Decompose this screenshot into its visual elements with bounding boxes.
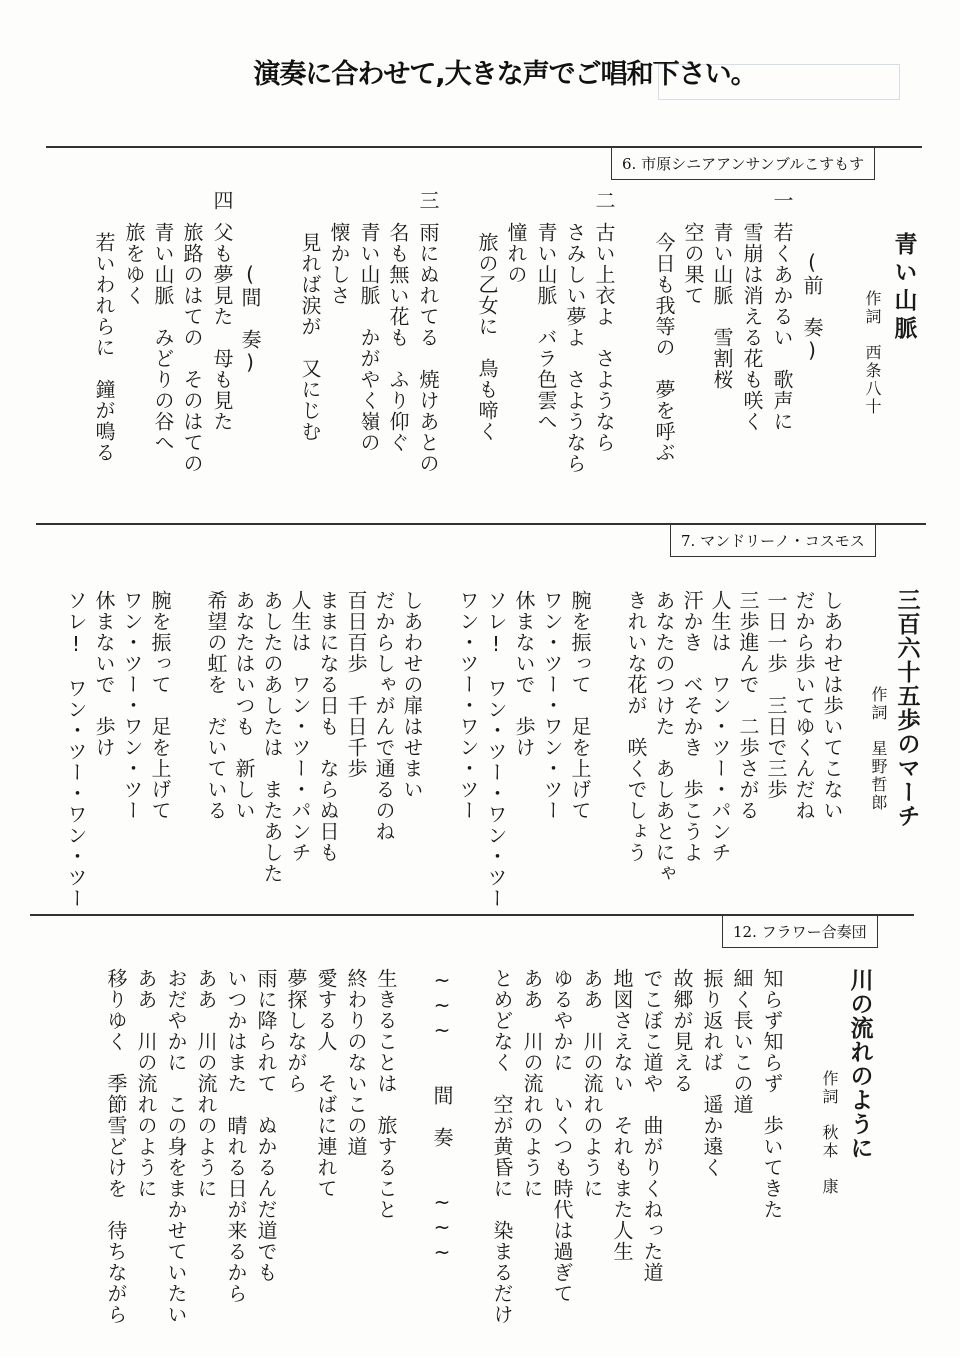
lyric-line: 若いわれらに 鐘が鳴る <box>94 232 114 463</box>
lyric-line: 汗かき べそかき 歩こうよ <box>682 590 702 863</box>
lyric-line: ああ 川の流れのように <box>582 968 602 1199</box>
lyric-line: だから歩いてゆくんだね <box>794 590 814 821</box>
song-title: 三百六十五歩のマーチ <box>895 588 918 828</box>
lyric-line: おだやかに この身をまかせていたい <box>166 968 186 1325</box>
lyric-line: でこぼこ道や 曲がりくねった道 <box>642 968 662 1283</box>
lyric-line: 一日一歩 三日で三歩 <box>766 590 786 800</box>
lyric-line: 青い山脈 バラ色雲へ <box>536 222 556 432</box>
lyric-line: ああ 川の流れのように <box>522 968 542 1199</box>
lyric-line: 若くあかるい 歌声に <box>772 222 792 432</box>
lyric-line: (前 奏) <box>802 250 822 363</box>
lyric-line: 青い山脈 かがやく嶺の <box>359 222 379 453</box>
lyric-line: 人生は ワン・ツー・パンチ <box>710 590 730 863</box>
song-title: 青い山脈 <box>892 232 915 344</box>
lyric-line: 休まないで 歩け <box>514 590 534 758</box>
lyricist-credit: 作詞 秋本 康 <box>821 1070 837 1196</box>
lyric-line: 旅をゆく <box>124 222 144 306</box>
lyric-line: 青い山脈 みどりの谷へ <box>153 222 173 453</box>
lyric-line: ああ 川の流れのように <box>196 968 216 1199</box>
lyric-line: 雨にぬれてる 焼けあとの <box>418 222 438 474</box>
lyric-line: 旅路のはての そのはての <box>182 222 202 474</box>
lyric-line: 夢探しながら <box>286 968 306 1094</box>
lyric-line: 終わりのないこの道 <box>346 968 366 1157</box>
show-through-text <box>260 130 264 146</box>
lyric-line: 百日百歩 千日千歩 <box>346 590 366 779</box>
lyric-line: 三歩進んで 二歩さがる <box>738 590 758 821</box>
lyric-line: 腕を振って 足を上げて <box>150 590 170 821</box>
lyric-line: ワン・ツー・ワン・ツー <box>542 590 562 821</box>
verse-number: 二 <box>594 190 614 211</box>
lyric-line: 雪崩は消える花も咲く <box>742 222 762 432</box>
lyric-line: 名も無い花も ふり仰ぐ <box>388 222 408 453</box>
lyric-line: 知らず知らず 歩いてきた <box>762 968 782 1220</box>
lyric-line: 古い上衣よ さようなら <box>594 222 614 453</box>
lyric-line: 見れば涙が 又にじむ <box>300 232 320 442</box>
lyric-line: さみしい夢よ さようなら <box>565 222 585 474</box>
verse-number: 三 <box>418 190 438 211</box>
lyric-line: ソレ! ワン・ツー・ワン・ツー <box>66 590 86 909</box>
performer-label: 6. 市原シニアアンサンブルこすもす <box>611 147 875 180</box>
lyric-line: あなたはいつも 新しい <box>234 590 254 821</box>
lyric-line: 父も夢見た 母も見た <box>212 222 232 432</box>
lyric-line: 雨に降られて ぬかるんだ道でも <box>256 968 276 1283</box>
lyricist-credit: 作詞 星野哲郎 <box>870 686 886 812</box>
lyric-line: 愛する人 そばに連れて <box>316 968 336 1199</box>
lyric-line: (間 奏) <box>240 262 260 375</box>
lyric-line: 休まないで 歩け <box>94 590 114 758</box>
lyric-line: とめどなく 空が黄昏に 染まるだけ <box>492 968 512 1325</box>
lyric-line: 腕を振って 足を上げて <box>570 590 590 821</box>
lyric-line: ワン・ツー・ワン・ツー <box>122 590 142 821</box>
lyric-line: 生きることは 旅すること <box>376 968 396 1220</box>
lyric-line: しあわせの扉はせまい <box>402 590 422 800</box>
performer-label: 7. マンドリーノ・コスモス <box>670 524 876 557</box>
lyricist-credit: 作詞 西条八十 <box>864 290 880 416</box>
lyric-line: だからしゃがんで通るのね <box>374 590 394 842</box>
lyric-line: ままになる日も ならぬ日も <box>318 590 338 863</box>
performer-label: 12. フラワー合奏団 <box>722 915 878 948</box>
lyric-line: ソレ! ワン・ツー・ワン・ツー <box>486 590 506 909</box>
lyric-line: 懐かしさ <box>329 222 349 306</box>
lyric-line: 振り返れば 遥か遠く <box>702 968 722 1178</box>
lyric-line: ゆるやかに いくつも時代は過ぎて <box>552 968 572 1304</box>
lyric-line: ワン・ツー・ワン・ツー <box>458 590 478 821</box>
lyric-line: 今日も我等の 夢を呼ぶ <box>654 232 674 463</box>
lyric-line: 憧れの <box>506 222 526 285</box>
lyric-line: あしたのあしたは またあした <box>262 590 282 884</box>
song-title: 川の流れのように <box>848 968 871 1160</box>
lyric-line: 地図さえない それもまた人生 <box>612 968 632 1262</box>
lyric-line: 移りゆく 季節雪どけを 待ちながら <box>106 968 126 1325</box>
lyric-line: しあわせは歩いてこない <box>822 590 842 821</box>
lyric-line: きれいな花が 咲くでしょう <box>626 590 646 863</box>
lyric-line: 旅の乙女に 鳥も啼く <box>477 232 497 442</box>
lyric-line: 故郷が見える <box>672 968 692 1094</box>
lyric-line: あなたのつけた あしあとにゃ <box>654 590 674 884</box>
lyric-line: ああ 川の流れのように <box>136 968 156 1199</box>
lyric-line: 細く長いこの道 <box>732 968 752 1115</box>
interlude-marker: ~~~ 間 奏 ~~~ <box>432 968 452 1265</box>
lyric-line: 人生は ワン・ツー・パンチ <box>290 590 310 863</box>
lyric-line: 希望の虹を だいている <box>206 590 226 821</box>
lyric-line: いつかはまた 晴れる日が来るから <box>226 968 246 1304</box>
lyric-line: 空の果て <box>683 222 703 306</box>
verse-number: 一 <box>772 190 792 211</box>
lyric-line: 青い山脈 雪割桜 <box>712 222 732 390</box>
page-headline: 演奏に合わせて,大きな声でご唱和下さい。 <box>0 52 960 91</box>
verse-number: 四 <box>212 190 232 211</box>
